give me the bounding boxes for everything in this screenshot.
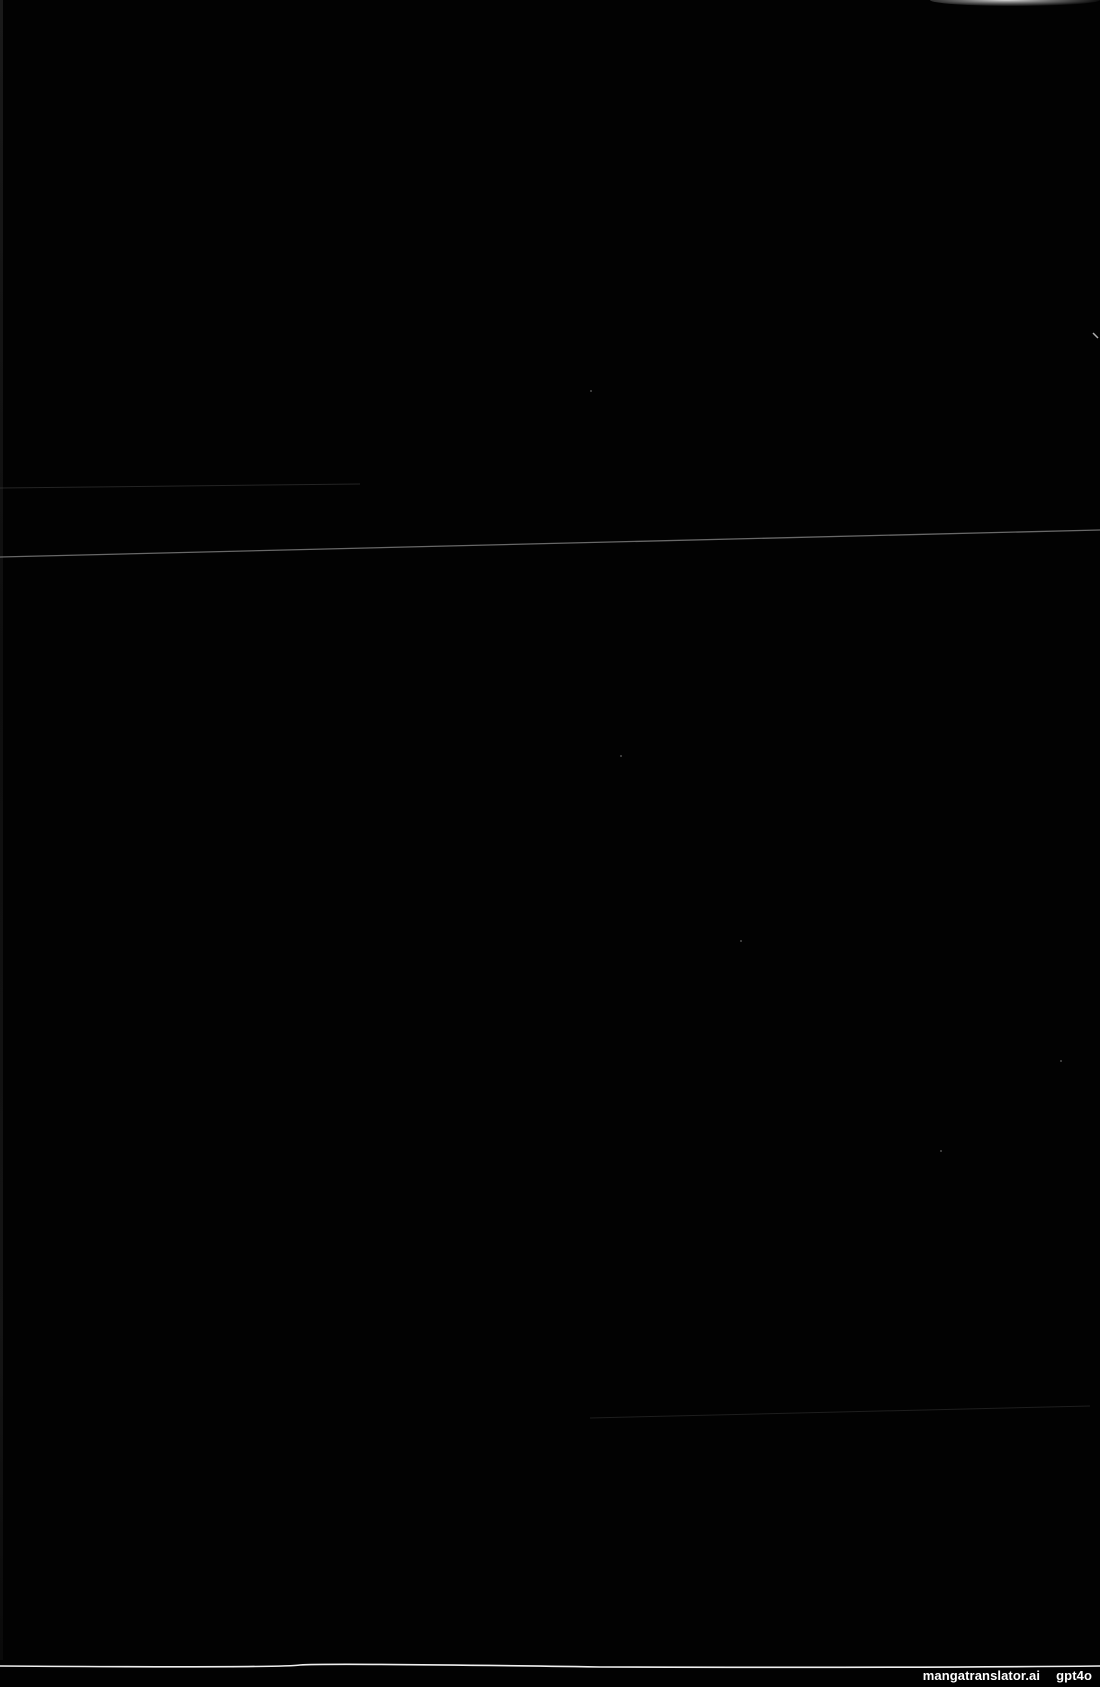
scan-speck (940, 1150, 942, 1152)
watermark: mangatranslator.aigpt4o (923, 1668, 1092, 1683)
scan-glare (930, 0, 1100, 6)
scan-edge (0, 0, 3, 1660)
panel-divider (0, 0, 1100, 1687)
watermark-site: mangatranslator.ai (923, 1668, 1040, 1683)
watermark-model: gpt4o (1056, 1668, 1092, 1683)
scan-speck (590, 390, 592, 392)
scan-speck (740, 940, 742, 942)
manga-page: mangatranslator.aigpt4o (0, 0, 1100, 1687)
scan-speck (620, 755, 622, 757)
scan-speck (1060, 1060, 1062, 1062)
